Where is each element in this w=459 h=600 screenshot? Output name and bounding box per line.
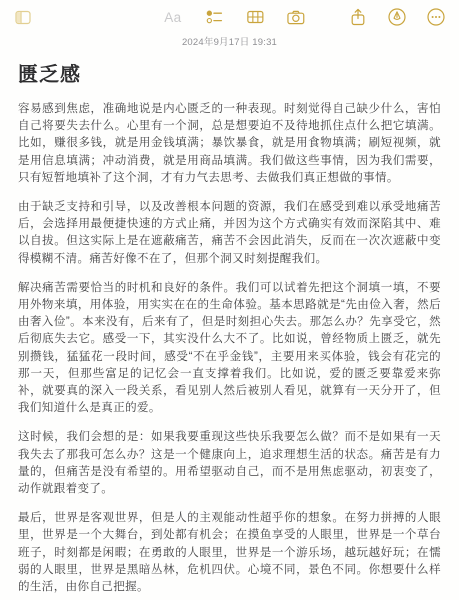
share-button[interactable]: [347, 6, 369, 28]
camera-icon: [285, 7, 306, 28]
checklist-button[interactable]: [203, 6, 225, 28]
more-button[interactable]: [425, 6, 447, 28]
notes-app-window: Aa: [0, 0, 459, 600]
toolbar: Aa: [0, 0, 459, 32]
markup-button[interactable]: [386, 6, 408, 28]
sidebar-toggle-button[interactable]: [12, 6, 34, 28]
note-content[interactable]: 匮乏感 容易感到焦虑，准确地说是内心匮乏的一种表现。时刻觉得自己缺少什么，害怕自…: [0, 48, 459, 596]
camera-button[interactable]: [285, 6, 307, 28]
checklist-icon: [204, 7, 224, 27]
more-icon: [426, 7, 446, 27]
table-button[interactable]: [244, 6, 266, 28]
format-text-icon: Aa: [164, 10, 181, 25]
table-icon: [245, 7, 265, 27]
share-icon: [348, 7, 368, 27]
note-paragraph: 最后，世界是客观世界，但是人的主观能动性超乎你的想象。在努力拼搏的人眼里，世界是…: [18, 510, 441, 596]
note-date: 2024年9月17日 19:31: [0, 34, 459, 48]
note-paragraph: 解决痛苦需要恰当的时机和良好的条件。我们可以试着先把这个洞填一填，不要用外物来填…: [18, 280, 441, 418]
note-paragraph: 这时候，我们会想的是：如果我要重现这些快乐我要怎么做？而不是如果有一天我失去了那…: [18, 429, 441, 498]
note-paragraph: 由于缺乏支持和引导，以及改善根本问题的资源，我们在感受到难以承受地痛苦后，会选择…: [18, 199, 441, 268]
sidebar-icon: [13, 7, 33, 27]
format-text-button[interactable]: Aa: [162, 6, 184, 28]
markup-icon: [387, 7, 407, 27]
note-paragraph: 容易感到焦虑，准确地说是内心匮乏的一种表现。时刻觉得自己缺少什么，害怕自己将要失…: [18, 101, 441, 187]
note-title: 匮乏感: [18, 58, 441, 87]
